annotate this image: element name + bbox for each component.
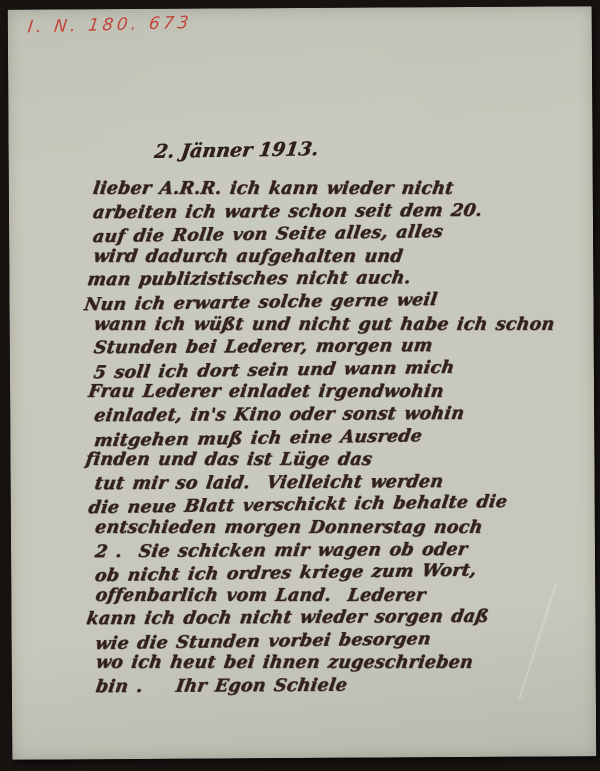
handwriting-line: Frau Lederer einladet irgendwohin bbox=[87, 381, 536, 404]
inventory-number: I. N. 180. 673 bbox=[27, 13, 193, 38]
handwriting-line: entschieden morgen Donnerstag noch bbox=[93, 517, 536, 540]
handwriting-line: Nun ich erwarte solche gerne weil bbox=[83, 288, 536, 317]
handwriting-line: wird dadurch aufgehalten und bbox=[92, 246, 535, 269]
handwriting-line: wann ich wüßt und nicht gut habe ich sch… bbox=[92, 313, 535, 336]
handwriting-line: die neue Blatt verschickt ich behalte di… bbox=[87, 491, 537, 520]
handwriting-line: finden und das ist Lüge das bbox=[84, 449, 536, 472]
letter-date-line: 2. Jänner 1913. bbox=[153, 138, 320, 163]
handwriting-line: lieber A.R.R. ich kann wieder nicht bbox=[91, 178, 534, 201]
signature-line: bin . Ihr Egon Schiele bbox=[94, 674, 537, 699]
letter-body: lieber A.R.R. ich kann wieder nicht arbe… bbox=[93, 177, 536, 699]
handwriting-line: wo ich heut bei ihnen zugeschrieben bbox=[94, 652, 537, 675]
handwriting-line: offenbarlich vom Land. Lederer bbox=[94, 585, 537, 608]
scan-background: I. N. 180. 673 2. Jänner 1913. lieber A.… bbox=[0, 0, 600, 771]
letter-paper: I. N. 180. 673 2. Jänner 1913. lieber A.… bbox=[8, 6, 597, 760]
